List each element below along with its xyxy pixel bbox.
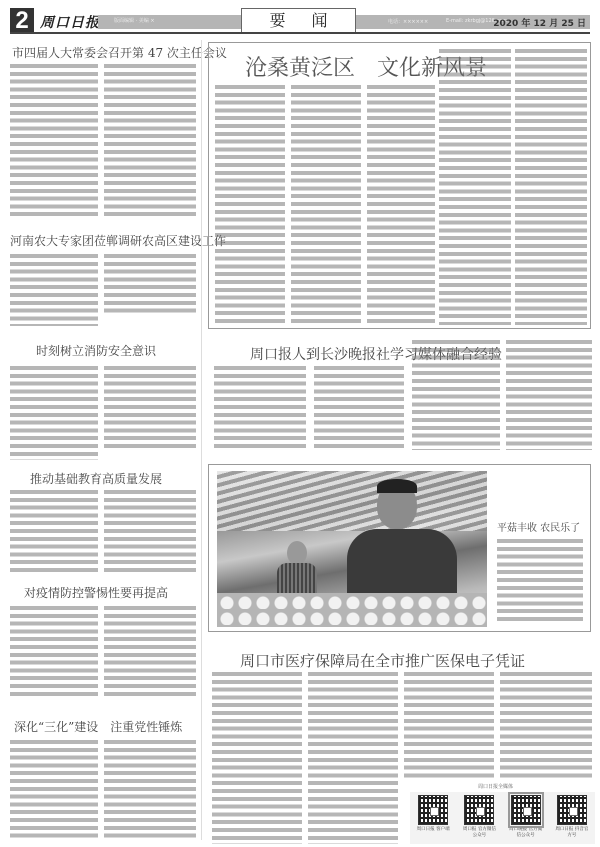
qr-code-icon (464, 795, 494, 825)
article-fire-col1 (10, 366, 98, 460)
article-cangsang-col4 (439, 49, 511, 325)
mushroom-harvest-photo (217, 471, 487, 627)
feature-cangsang-box: 沧桑黄泛区 文化新风景 (208, 42, 591, 329)
qr-label: 周口日报 抖音官方号 (554, 827, 590, 838)
article-cangsang-col3 (367, 85, 435, 325)
phone-text: 电话：×××××× (388, 18, 428, 25)
article-epidemic-col2 (104, 606, 196, 698)
qr-item-wechat-zkb[interactable]: 周口报 官方微信公众号 (461, 795, 497, 844)
article-education-col1 (10, 490, 98, 576)
headline-three-ization: 深化“三化”建设 注重党性锤炼 (14, 718, 182, 735)
masthead-bar-left: 版面编辑 · 美编 × (98, 15, 241, 29)
headline-medical-insurance: 周口市医疗保障局在全市推广医保电子凭证 (240, 650, 525, 671)
qr-code-row: 周口日报 客户端 周口报 官方微信公众号 周口晚报 官方微信公众号 周口日报 抖… (410, 792, 595, 844)
masthead-bar-right: 电话：×××××× E-mail: zkrbgj@126.com 2020 年 … (356, 15, 590, 29)
article-three-col2 (104, 740, 196, 840)
editors-credit: 版面编辑 · 美编 × (114, 17, 155, 24)
section-title-box: 要闻 (241, 8, 356, 32)
article-npc-col2 (104, 64, 196, 218)
page-number: 2 (10, 8, 34, 34)
qr-code-icon (557, 795, 587, 825)
qr-item-wechat-evening[interactable]: 周口晚报 官方微信公众号 (508, 795, 544, 844)
article-changsha-col2 (314, 366, 404, 448)
issue-date: 2020 年 12 月 25 日 (493, 16, 586, 29)
article-changsha-col4 (506, 340, 592, 450)
qr-label: 周口晚报 官方微信公众号 (508, 827, 544, 838)
headline-education: 推动基础教育高质量发展 (30, 470, 162, 487)
paper-name-logo: 周口日报 (40, 12, 100, 32)
article-three-col1 (10, 740, 98, 840)
article-epidemic-col1 (10, 606, 98, 698)
masthead-rule (10, 32, 590, 34)
qr-code-icon (511, 795, 541, 825)
headline-npc-meeting: 市四届人大常委会召开第 47 次主任会议 (12, 44, 227, 61)
photo-caption-title: 平菇丰收 农民乐了 (497, 519, 580, 534)
qr-label: 周口日报 客户端 (415, 827, 451, 833)
qr-item-app[interactable]: 周口日报 客户端 (415, 795, 451, 844)
article-npc-col1 (10, 64, 98, 218)
masthead: 2 周口日报 版面编辑 · 美编 × 要闻 电话：×××××× E-mail: … (0, 0, 600, 40)
section-title: 要闻 (243, 11, 353, 30)
article-agri-col2 (104, 254, 196, 314)
headline-epidemic: 对疫情防控警惕性要再提高 (24, 584, 168, 601)
photo-caption-text (497, 539, 583, 625)
column-divider (201, 40, 202, 840)
article-cangsang-col5 (515, 49, 587, 325)
article-medical-col2 (308, 672, 398, 844)
article-agri-col1 (10, 254, 98, 326)
qr-item-douyin[interactable]: 周口日报 抖音官方号 (554, 795, 590, 844)
article-fire-col2 (104, 366, 196, 452)
article-changsha-col3 (412, 340, 500, 450)
article-medical-col4 (500, 672, 592, 780)
article-education-col2 (104, 490, 196, 576)
article-cangsang-col1 (215, 85, 285, 325)
qr-code-icon (418, 795, 448, 825)
article-medical-col1 (212, 672, 302, 844)
headline-agri-univ: 河南农大专家团莅郸调研农高区建设工作 (10, 232, 226, 249)
headline-fire-safety: 时刻树立消防安全意识 (36, 342, 156, 359)
qr-section-title: 周口日报全媒体 (478, 783, 513, 790)
qr-label: 周口报 官方微信公众号 (461, 827, 497, 838)
article-cangsang-col2 (291, 85, 361, 325)
photo-feature-box: 平菇丰收 农民乐了 (208, 464, 591, 632)
article-medical-col3 (404, 672, 494, 780)
article-changsha-col1 (214, 366, 306, 448)
